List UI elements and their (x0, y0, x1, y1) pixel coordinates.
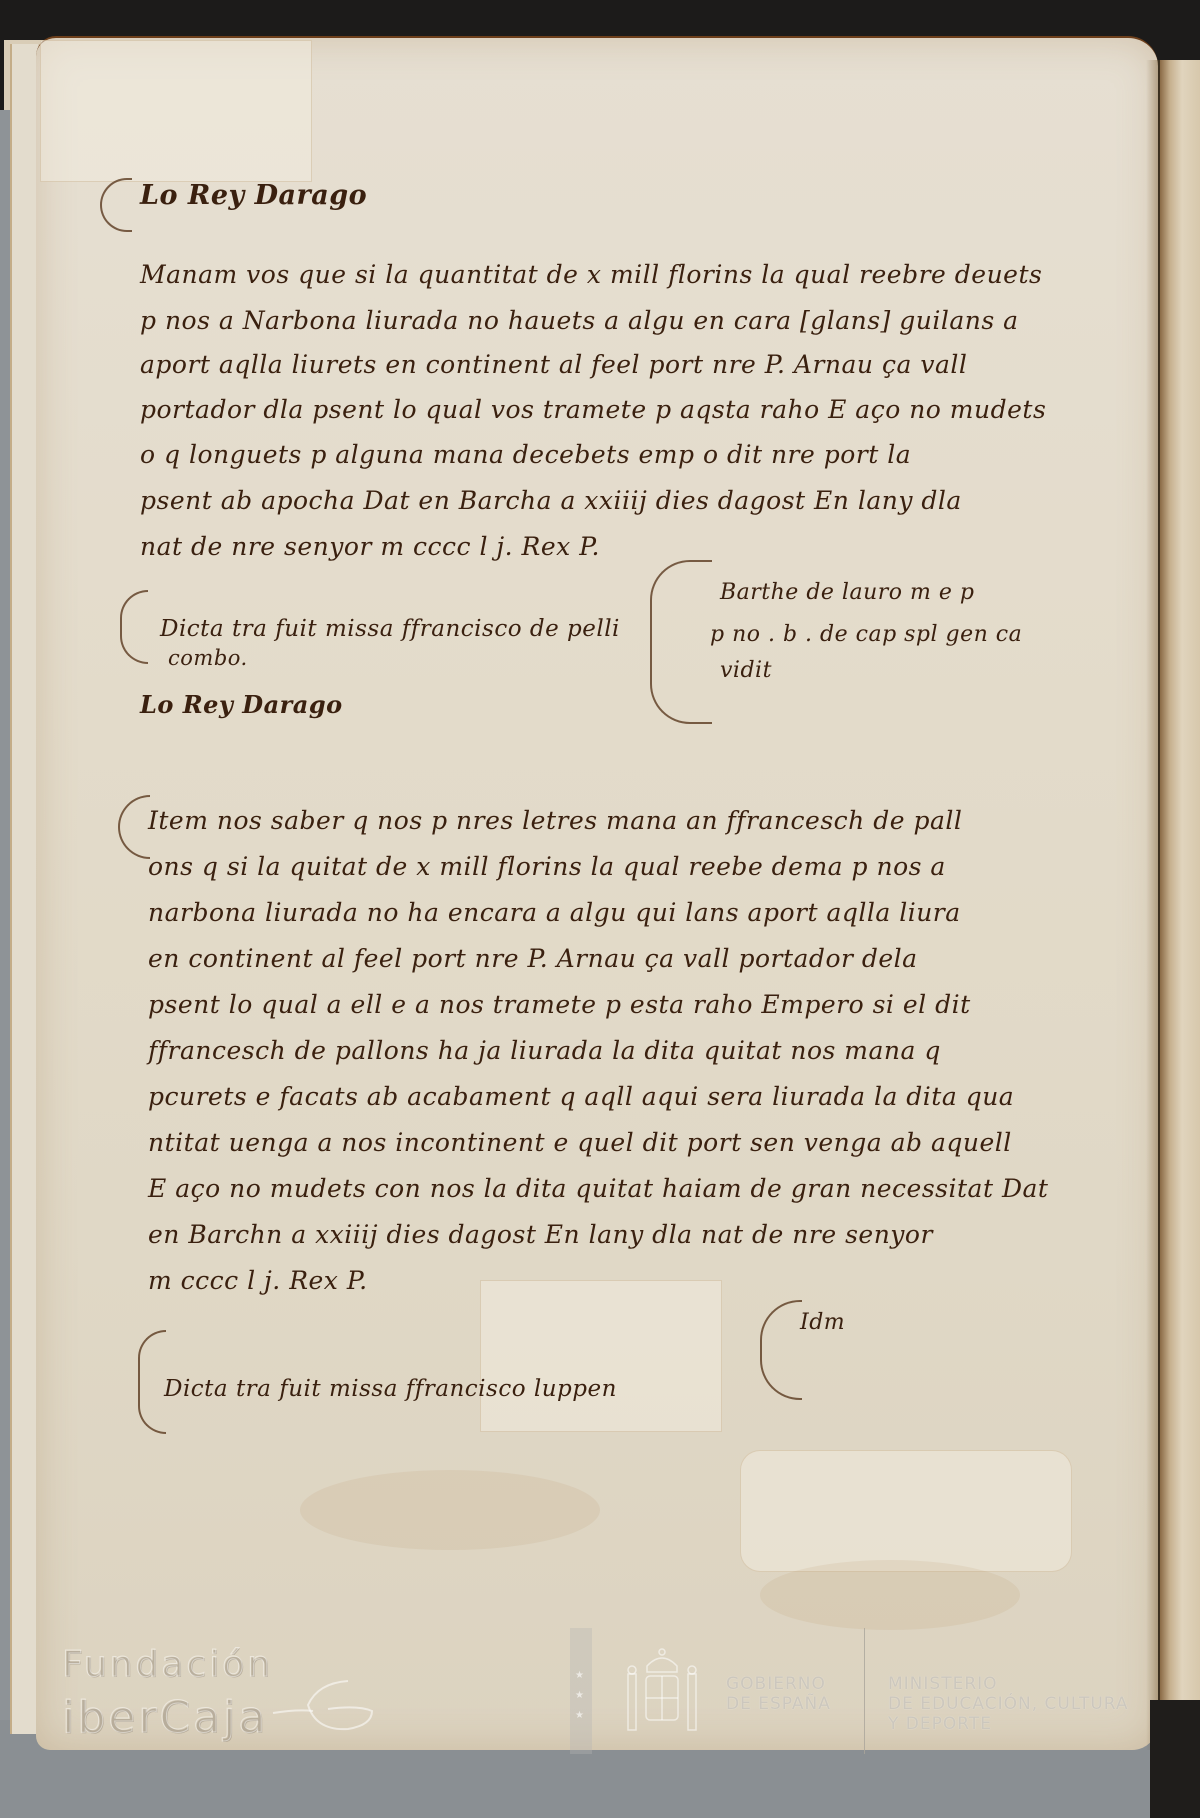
page-left-edge (10, 44, 38, 1734)
letter2-line: en continent al feel port nre P. Arnau ç… (148, 944, 918, 973)
letter2-line: pcurets e facats ab acabament q aqll aqu… (148, 1082, 1014, 1111)
star-icon: ★ (575, 1690, 584, 1701)
star-icon: ★ (575, 1710, 584, 1721)
letter2-line: E aço no mudets con nos la dita quitat h… (148, 1174, 1048, 1203)
watermark-separator (864, 1628, 865, 1754)
paper-repair-patch (740, 1450, 1072, 1572)
spain-coat-of-arms-icon (622, 1644, 702, 1740)
letter2-line: psent lo qual a ell e a nos tramete p es… (148, 990, 971, 1019)
letter2-line: ons q si la quitat de x mill florins la … (148, 852, 946, 881)
watermark-ibercaja: iberCaja (62, 1692, 268, 1743)
letter2-footer: Dicta tra fuit missa ffrancisco luppen (164, 1376, 617, 1402)
letter2-line: ffrancesch de pallons ha ja liurada la d… (148, 1036, 941, 1065)
letter1-heading: Lo Rey Darago (140, 180, 367, 211)
watermark-gobierno: GOBIERNO DE ESPAÑA (726, 1674, 831, 1714)
ibercaja-logo-icon (268, 1675, 378, 1735)
watermark-ministerio-line3: Y DEPORTE (888, 1714, 1129, 1734)
letter1-footer: Dicta tra fuit missa ffrancisco de pelli (160, 616, 620, 642)
letter1-line: Manam vos que si la quantitat de x mill … (140, 260, 1042, 289)
letter1-margin-note: Barthe de lauro m e p (720, 580, 974, 605)
letter2-margin-note: Idm (800, 1310, 845, 1335)
letter1-line: o q longuets p alguna mana decebets emp … (140, 440, 911, 469)
watermark-ministerio-line1: MINISTERIO (888, 1674, 1129, 1694)
letter1-line: nat de nre senyor m cccc l j. Rex P. (140, 532, 600, 561)
watermark-gobierno-line2: DE ESPAÑA (726, 1694, 831, 1714)
letter2-line: narbona liurada no ha encara a algu qui … (148, 898, 961, 927)
letter1-line: portador dla psent lo qual vos tramete p… (140, 395, 1046, 424)
letter2-line: Item nos saber q nos p nres letres mana … (148, 806, 962, 835)
letter1-line: aport aqlla liurets en continent al feel… (140, 350, 967, 379)
watermark-gobierno-line1: GOBIERNO (726, 1674, 831, 1694)
margin-bracket (138, 1330, 166, 1434)
margin-note-bracket (650, 560, 712, 724)
letter1-footer-cont: combo. (168, 646, 248, 670)
paper-repair-patch (480, 1280, 722, 1432)
watermark-fundacion: Fundación (62, 1644, 273, 1685)
watermark-ministerio: MINISTERIO DE EDUCACIÓN, CULTURA Y DEPOR… (888, 1674, 1129, 1734)
letter1-line: psent ab apocha Dat en Barcha a xxiiij d… (140, 486, 962, 515)
letter2-line: m cccc l j. Rex P. (148, 1266, 368, 1295)
gov-flag-bar: ★ ★ ★ (570, 1628, 592, 1754)
paper-repair-patch (40, 40, 312, 182)
letter1-margin-note: vidit (720, 658, 772, 683)
watermark-ministerio-line2: DE EDUCACIÓN, CULTURA (888, 1694, 1129, 1714)
letter1-line: p nos a Narbona liurada no hauets a algu… (140, 306, 1019, 335)
paper-stain (760, 1560, 1020, 1630)
letter1-margin-note: p no . b . de cap spl gen ca (710, 622, 1022, 647)
letter2-heading: Lo Rey Darago (140, 690, 343, 719)
background-dark-corner (1150, 1700, 1200, 1818)
book-spine (1160, 60, 1200, 1760)
star-icon: ★ (575, 1670, 584, 1681)
letter2-line: en Barchn a xxiiij dies dagost En lany d… (148, 1220, 933, 1249)
paper-stain (300, 1470, 600, 1550)
letter2-line: ntitat uenga a nos incontinent e quel di… (148, 1128, 1012, 1157)
